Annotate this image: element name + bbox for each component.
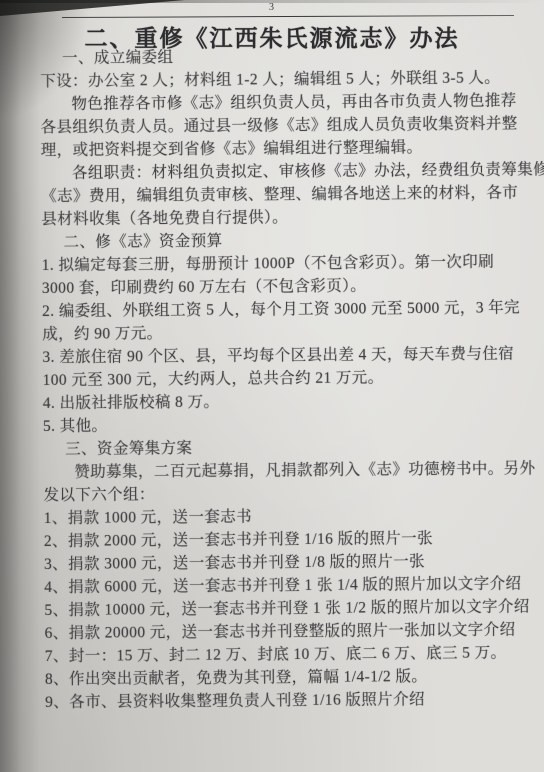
document-line: 赞助募集，二百元起募捐，凡捐款都列入《志》功德榜书中。另外 bbox=[43, 457, 523, 484]
document-line: 7、封一：15 万、封二 12 万、封底 10 万、底二 6 万、底三 5 万。 bbox=[45, 641, 525, 668]
document-line: 各县组织负责人员。通过县一级修《志》组成人员负责收集资料并整 bbox=[41, 112, 521, 139]
document-line: 2. 编委组、外联组工资 5 人，每个月工资 3000 元至 5000 元，3 … bbox=[42, 296, 522, 323]
document-line: 1. 拟编定每套三册，每册预计 1000P（不包含彩页）。第一次印刷 bbox=[42, 250, 522, 277]
header-rule bbox=[62, 15, 514, 18]
document-line: 《志》费用，编辑组负责审核、整理、编辑各地送上来的材料，各市 bbox=[41, 181, 521, 208]
document-line: 3. 差旅住宿 90 个区、县，平均每个区县出差 4 天，每天车费与住宿 bbox=[42, 342, 522, 369]
document-body: 一、成立编委组 下设：办公室 2 人；材料组 1-2 人；编辑组 5 人；外联组… bbox=[40, 43, 525, 714]
document-line: 9、各市、县资料收集整理负责人刊登 1/16 版照片介绍 bbox=[45, 687, 525, 714]
document-photo: 3 二、重修《江西朱氏源流志》办法 一、成立编委组 下设：办公室 2 人；材料组… bbox=[0, 0, 544, 772]
page-number: 3 bbox=[0, 2, 544, 13]
